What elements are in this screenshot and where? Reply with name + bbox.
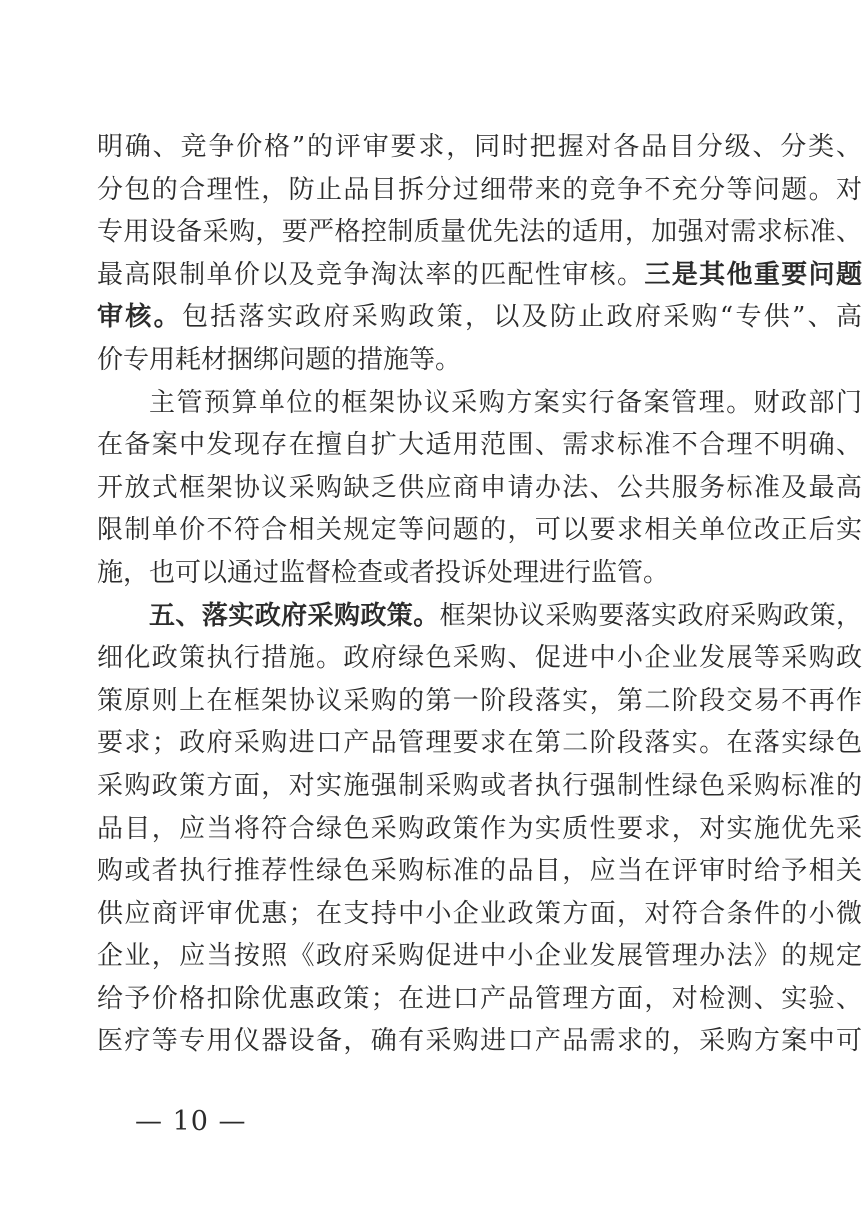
text-line: 施，也可以通过监督检查或者投诉处理进行监管。	[97, 552, 862, 595]
text-segment: 企业，应当按照《政府采购促进中小企业发展管理办法》的规定	[97, 941, 862, 971]
text-segment: 限制单价不符合相关规定等问题的，可以要求相关单位改正后实	[97, 515, 862, 545]
text-segment: 医疗等专用仪器设备，确有采购进口产品需求的，采购方案中可	[97, 1026, 862, 1056]
text-segment: 细化政策执行措施。政府绿色采购、促进中小企业发展等采购政	[97, 643, 862, 673]
document-body: 明确、竞争价格”的评审要求，同时把握对各品目分级、分类、分包的合理性，防止品目拆…	[97, 126, 862, 1063]
text-segment: 包括落实政府采购政策，以及防止政府采购“专供”、高	[182, 302, 862, 332]
text-line: 五、落实政府采购政策。框架协议采购要落实政府采购政策，	[97, 595, 862, 638]
text-segment: 供应商评审优惠；在支持中小企业政策方面，对符合条件的小微	[97, 899, 862, 929]
text-line: 品目，应当将符合绿色采购政策作为实质性要求，对实施优先采	[97, 808, 862, 851]
text-line: 专用设备采购，要严格控制质量优先法的适用，加强对需求标准、	[97, 211, 862, 254]
text-segment: 在备案中发现存在擅自扩大适用范围、需求标准不合理不明确、	[97, 430, 862, 460]
text-segment: 采购政策方面，对实施强制采购或者执行强制性绿色采购标准的	[97, 771, 862, 801]
text-line: 策原则上在框架协议采购的第一阶段落实，第二阶段交易不再作	[97, 680, 862, 723]
text-segment: 施，也可以通过监督检查或者投诉处理进行监管。	[97, 558, 669, 588]
bold-text-segment: 三是其他重要问题	[644, 260, 862, 290]
text-line: 审核。包括落实政府采购政策，以及防止政府采购“专供”、高	[97, 296, 862, 339]
bold-text-segment: 审核。	[97, 302, 182, 332]
text-segment: 开放式框架协议采购缺乏供应商申请办法、公共服务标准及最高	[97, 473, 862, 503]
text-line: 给予价格扣除优惠政策；在进口产品管理方面，对检测、实验、	[97, 978, 862, 1021]
document-page: 明确、竞争价格”的评审要求，同时把握对各品目分级、分类、分包的合理性，防止品目拆…	[0, 0, 868, 1228]
text-segment: 框架协议采购要落实政府采购政策，	[440, 601, 862, 631]
text-line: 价专用耗材捆绑问题的措施等。	[97, 339, 862, 382]
text-segment: 购或者执行推荐性绿色采购标准的品目，应当在评审时给予相关	[97, 856, 862, 886]
text-line: 最高限制单价以及竞争淘汰率的匹配性审核。三是其他重要问题	[97, 254, 862, 297]
page-number: — 10 —	[135, 1106, 247, 1137]
text-line: 开放式框架协议采购缺乏供应商申请办法、公共服务标准及最高	[97, 467, 862, 510]
text-line: 限制单价不符合相关规定等问题的，可以要求相关单位改正后实	[97, 509, 862, 552]
text-segment: 主管预算单位的框架协议采购方案实行备案管理。财政部门	[149, 388, 862, 418]
text-line: 细化政策执行措施。政府绿色采购、促进中小企业发展等采购政	[97, 637, 862, 680]
text-segment: 品目，应当将符合绿色采购政策作为实质性要求，对实施优先采	[97, 814, 862, 844]
text-segment: 价专用耗材捆绑问题的措施等。	[97, 345, 461, 375]
text-segment: 策原则上在框架协议采购的第一阶段落实，第二阶段交易不再作	[97, 686, 862, 716]
text-segment: 分包的合理性，防止品目拆分过细带来的竞争不充分等问题。对	[97, 175, 862, 205]
text-line: 采购政策方面，对实施强制采购或者执行强制性绿色采购标准的	[97, 765, 862, 808]
text-line: 医疗等专用仪器设备，确有采购进口产品需求的，采购方案中可	[97, 1020, 862, 1063]
text-line: 供应商评审优惠；在支持中小企业政策方面，对符合条件的小微	[97, 893, 862, 936]
text-segment: 最高限制单价以及竞争淘汰率的匹配性审核。	[97, 260, 644, 290]
bold-text-segment: 五、落实政府采购政策。	[149, 601, 440, 631]
text-segment: 给予价格扣除优惠政策；在进口产品管理方面，对检测、实验、	[97, 984, 862, 1014]
text-line: 主管预算单位的框架协议采购方案实行备案管理。财政部门	[97, 382, 862, 425]
text-segment: 明确、竞争价格”的评审要求，同时把握对各品目分级、分类、	[97, 132, 862, 162]
text-line: 分包的合理性，防止品目拆分过细带来的竞争不充分等问题。对	[97, 169, 862, 212]
text-line: 企业，应当按照《政府采购促进中小企业发展管理办法》的规定	[97, 935, 862, 978]
text-segment: 专用设备采购，要严格控制质量优先法的适用，加强对需求标准、	[97, 217, 862, 247]
text-line: 要求；政府采购进口产品管理要求在第二阶段落实。在落实绿色	[97, 722, 862, 765]
text-segment: 要求；政府采购进口产品管理要求在第二阶段落实。在落实绿色	[97, 728, 862, 758]
text-line: 购或者执行推荐性绿色采购标准的品目，应当在评审时给予相关	[97, 850, 862, 893]
text-line: 明确、竞争价格”的评审要求，同时把握对各品目分级、分类、	[97, 126, 862, 169]
text-line: 在备案中发现存在擅自扩大适用范围、需求标准不合理不明确、	[97, 424, 862, 467]
